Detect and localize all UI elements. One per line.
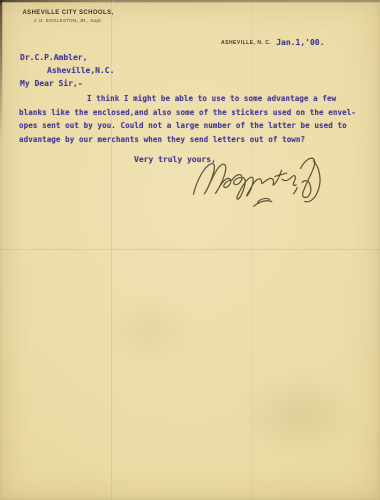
recipient-line: Dr.C.P.Ambler, <box>20 53 87 62</box>
salutation-line: My Dear Sir,- <box>20 79 83 88</box>
paper-edge-left <box>0 0 2 140</box>
scan-background: ASHEVILLE CITY SCHOOLS, J. D. EGGLESTON,… <box>0 0 380 500</box>
body-line: blanks like the enclosed,and also some o… <box>19 106 369 120</box>
school-name: ASHEVILLE CITY SCHOOLS, <box>20 10 116 16</box>
signature <box>182 147 336 214</box>
body-line: advantage by our merchants when they sen… <box>19 133 369 147</box>
body-line: opes sent out by you. Could not a large … <box>19 119 369 133</box>
paper-edge-top <box>0 0 380 2</box>
letter-paper: ASHEVILLE CITY SCHOOLS, J. D. EGGLESTON,… <box>0 0 380 500</box>
dateline-date: Jan.1,'00. <box>276 38 324 47</box>
dateline: ASHEVILLE, N. C.Jan.1,'00. <box>221 31 324 49</box>
superintendent-name: J. D. EGGLESTON, JR., Supt. <box>20 18 116 23</box>
recipient-city-line: Asheville,N.C. <box>47 66 114 75</box>
letterhead: ASHEVILLE CITY SCHOOLS, J. D. EGGLESTON,… <box>20 10 116 23</box>
fold-line-horizontal <box>0 249 380 251</box>
dateline-place: ASHEVILLE, N. C. <box>221 40 271 46</box>
letter-body: I think I might be able to use to some a… <box>19 92 369 146</box>
body-line: I think I might be able to use to some a… <box>19 92 369 106</box>
